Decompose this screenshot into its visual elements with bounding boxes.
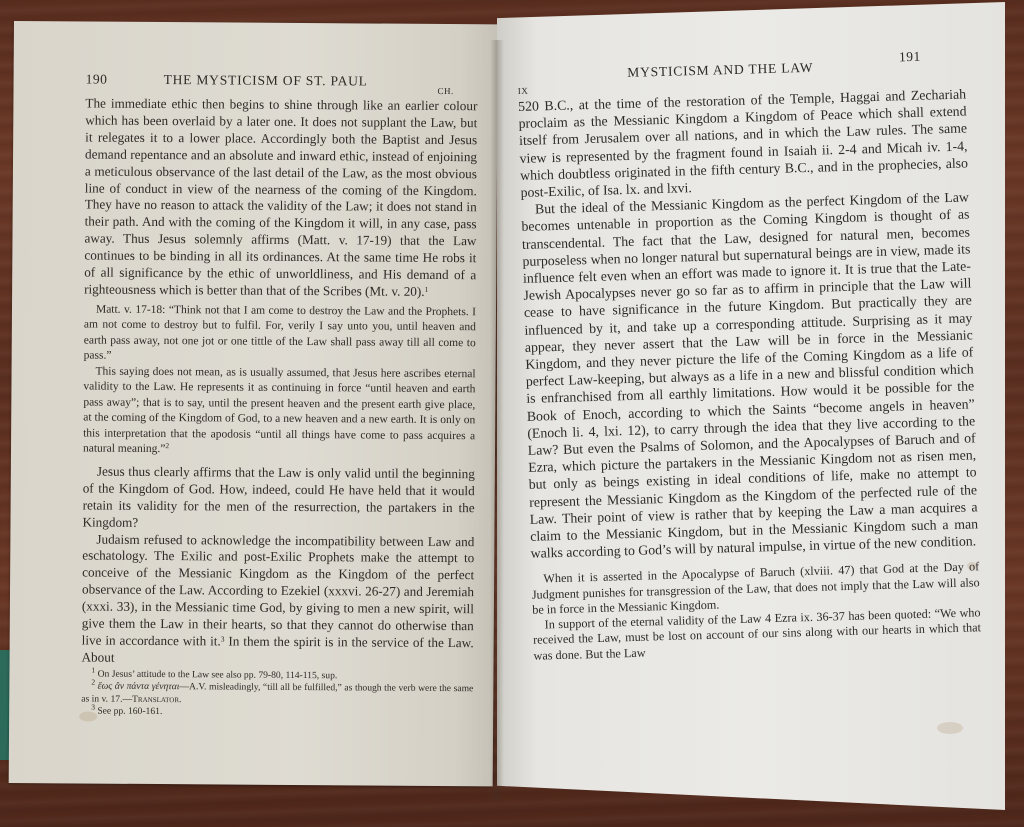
footnote-3: 3 See pp. 160-161. bbox=[81, 706, 473, 721]
left-running-header: 190 THE MYSTICISM OF ST. PAUL CH. bbox=[85, 72, 477, 99]
left-page-content: 190 THE MYSTICISM OF ST. PAUL CH. The im… bbox=[81, 72, 478, 721]
commentary: This saying does not mean, as is usually… bbox=[83, 364, 476, 460]
running-head-title: THE MYSTICISM OF ST. PAUL bbox=[164, 72, 368, 89]
small-print-block: When it is asserted in the Apocalypse of… bbox=[531, 560, 981, 664]
chapter-marker: CH. bbox=[437, 86, 453, 96]
footnotes: 1 On Jesus’ attitude to the Law see also… bbox=[81, 668, 473, 721]
paragraph: Jesus thus clearly affirms that the Law … bbox=[82, 463, 474, 533]
translator-signature: Translator. bbox=[132, 694, 181, 705]
left-page: 190 THE MYSTICISM OF ST. PAUL CH. The im… bbox=[9, 21, 498, 786]
small-print-block: Matt. v. 17-18: “Think not that I am com… bbox=[83, 302, 476, 460]
chapter-marker: IX bbox=[518, 86, 529, 96]
quotation: Matt. v. 17-18: “Think not that I am com… bbox=[84, 302, 476, 367]
running-head-title: MYSTICISM AND THE LAW bbox=[627, 60, 813, 81]
page-number: 190 bbox=[86, 72, 108, 88]
paragraph: Judaism refused to acknowledge the incom… bbox=[81, 531, 474, 669]
page-stain bbox=[937, 722, 963, 734]
paragraph: The immediate ethic then begins to shine… bbox=[84, 96, 477, 302]
body-text: Jesus thus clearly affirms that the Law … bbox=[81, 463, 474, 669]
footnote-ref: 1 bbox=[425, 285, 429, 294]
book-spine-gutter bbox=[490, 40, 504, 800]
right-page: IX MYSTICISM AND THE LAW 191 520 B.C., a… bbox=[497, 2, 1005, 810]
footnote-2: 2 ἕως ἂν πάντα γένηται—A.V. misleadingly… bbox=[81, 681, 473, 709]
greek-text: ἕως ἂν πάντα γένηται bbox=[98, 681, 180, 693]
page-number: 191 bbox=[899, 49, 921, 66]
body-text: The immediate ethic then begins to shine… bbox=[84, 96, 477, 302]
paragraph: 520 B.C., at the time of the restoration… bbox=[518, 85, 969, 201]
paragraph: But the ideal of the Messianic Kingdom a… bbox=[521, 189, 979, 563]
footnote-ref: 2 bbox=[165, 441, 169, 450]
right-page-content: IX MYSTICISM AND THE LAW 191 520 B.C., a… bbox=[517, 51, 982, 663]
body-text: 520 B.C., at the time of the restoration… bbox=[518, 85, 979, 562]
